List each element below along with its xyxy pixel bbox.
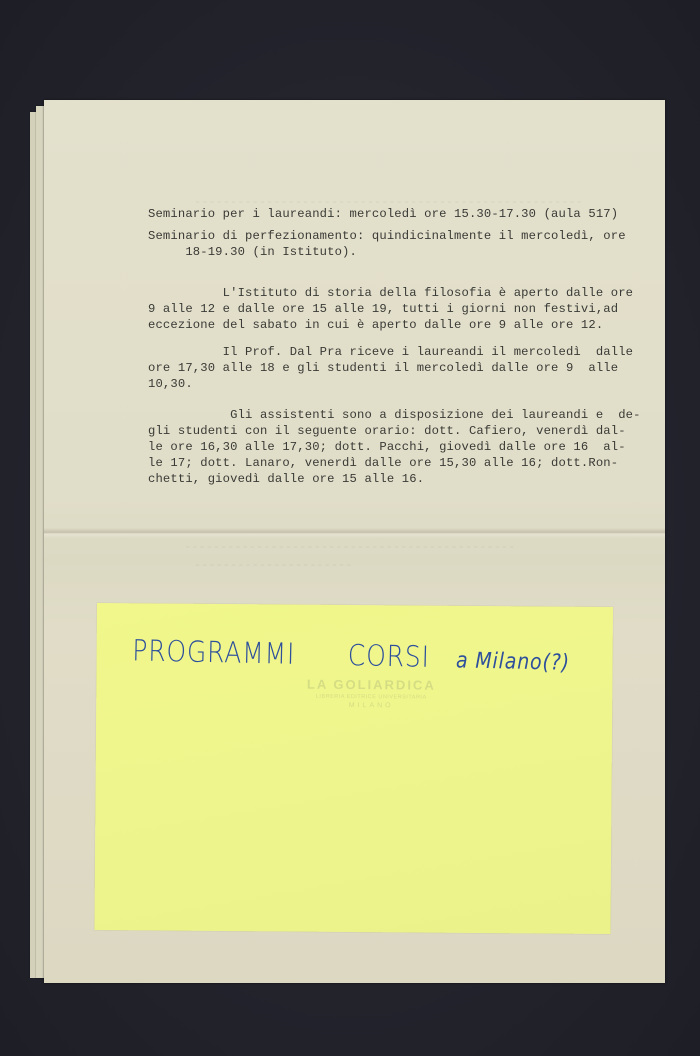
typed-line-istituto: L'Istituto di storia della filosofia è a… bbox=[148, 286, 633, 302]
page-fold bbox=[44, 528, 665, 538]
typed-line: 10,30. bbox=[148, 377, 193, 393]
handwritten-word-programmi: PROGRAMMI bbox=[132, 633, 296, 671]
bleed-through-text: ----------------------------------------… bbox=[184, 540, 515, 554]
typed-line: chetti, giovedì dalle ore 15 alle 16. bbox=[148, 472, 424, 488]
handwritten-word-corsi: CORSI bbox=[348, 638, 431, 674]
typed-line-seminario-laureandi: Seminario per i laureandi: mercoledì ore… bbox=[148, 207, 618, 223]
publisher-subtitle: LIBRERIA EDITRICE UNIVERSITARIA bbox=[296, 694, 446, 701]
typed-line: eccezione del sabato in cui è aperto dal… bbox=[148, 318, 603, 334]
typed-line: gli studenti con il seguente orario: dot… bbox=[148, 424, 626, 440]
typed-line: le 17; dott. Lanaro, venerdì dalle ore 1… bbox=[148, 456, 618, 472]
publisher-name: LA GOLIARDICA bbox=[296, 677, 446, 693]
handwritten-label: PROGRAMMI CORSI a Milano(?) bbox=[132, 633, 570, 677]
handwritten-word-milano: a Milano(?) bbox=[456, 648, 570, 675]
typed-line: 9 alle 12 e dalle ore 15 alle 19, tutti … bbox=[148, 302, 618, 318]
typed-line-assistenti: Gli assistenti sono a disposizione dei l… bbox=[148, 408, 641, 424]
sticky-note: LA GOLIARDICA LIBRERIA EDITRICE UNIVERSI… bbox=[94, 603, 613, 934]
typed-line: le ore 16,30 alle 17,30; dott. Pacchi, g… bbox=[148, 440, 626, 456]
typed-line: 18-19.30 (in Istituto). bbox=[148, 245, 357, 261]
publisher-stamp: LA GOLIARDICA LIBRERIA EDITRICE UNIVERSI… bbox=[296, 677, 446, 710]
typed-line: ore 17,30 alle 18 e gli studenti il merc… bbox=[148, 361, 618, 377]
typed-line-seminario-perfezionamento: Seminario di perfezionamento: quindicina… bbox=[148, 229, 626, 245]
bleed-through-text: ---------------------- bbox=[194, 558, 352, 572]
publisher-city: MILANO bbox=[296, 702, 446, 710]
typed-line-prof-dal-pra: Il Prof. Dal Pra riceve i laureandi il m… bbox=[148, 345, 633, 361]
